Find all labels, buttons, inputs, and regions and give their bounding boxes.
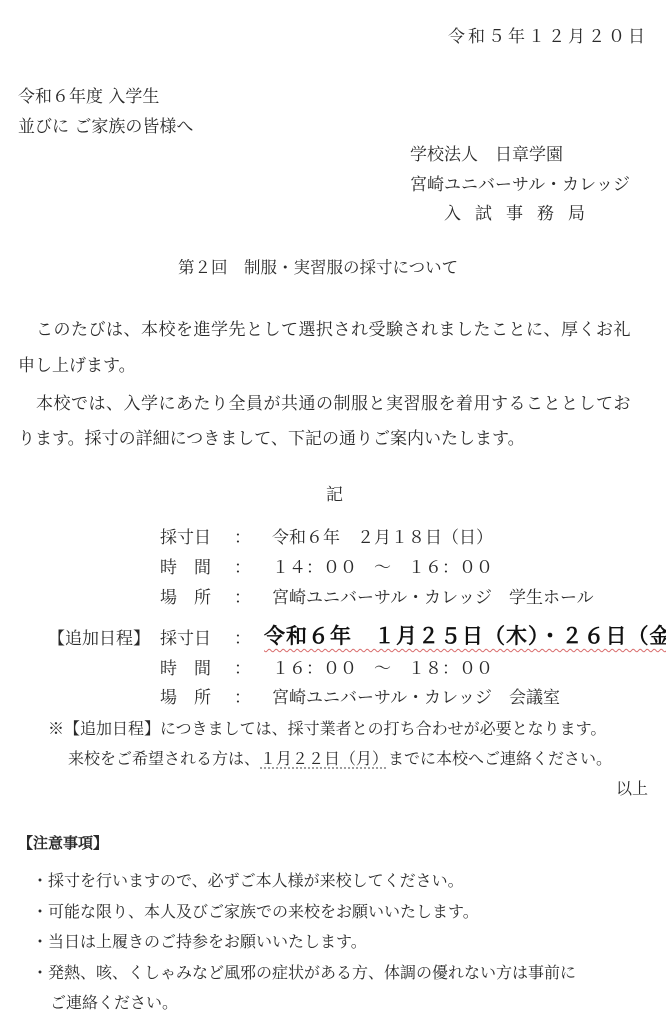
value-time: １６：００ ～ １８：００ [272,661,493,678]
ki-heading: 記 [326,487,343,504]
body-paragraph-1-line-1: このたびは、本校を進学先として選択され受験されましたことに、厚くお礼 [36,322,652,339]
body-paragraph-2-line-2: ります。採寸の詳細につきまして、下記の通りご案内いたします。 [18,431,652,448]
note-line-2: 来校をご希望される方は、１月２２日（月）までに本校へご連絡ください。 [68,751,612,767]
colon: ： [234,690,251,707]
recipient-line-1: 令和６年度 入学生 [18,89,159,106]
colon: ： [234,631,251,648]
value-place: 宮崎ユニバーサル・カレッジ 学生ホール [272,590,594,607]
recipient-line-2: 並びに ご家族の皆様へ [18,119,193,136]
colon: ： [234,530,251,547]
label-place: 場 所 [160,588,211,608]
colon: ： [234,661,251,678]
caution-item: ・採寸を行いますので、必ずご本人様が来校してください。 [32,873,464,889]
note-line-1: ※【追加日程】につきましては、採寸業者との打ち合わせが必要となります。 [48,721,606,737]
issue-date: 令和５年１２月２０日 [448,29,648,46]
value-time: １４：００ ～ １６：００ [272,560,493,577]
additional-row-date: 採寸日 ： [160,631,211,648]
label-place: 場 所 [160,688,211,708]
sender-office: 入試事務局 [444,206,599,223]
caution-item: ・発熱、咳、くしゃみなど風邪の症状がある方、体調の優れない方は事前に [32,965,576,981]
value-date: 令和６年 ２月１８日（日） [272,530,493,547]
label-time: 時 間 [160,659,211,679]
label-date: 採寸日 [160,528,211,548]
body-paragraph-2-line-1: 本校では、入学にあたり全員が共通の制服と実習服を着用することとしてお [36,396,652,413]
body-paragraph-1-line-2: 申し上げます。 [18,358,652,375]
additional-schedule-tag: 【追加日程】 [48,631,150,648]
schedule-row-date: 採寸日 ： 令和６年 ２月１８日（日） [160,530,211,547]
document-title: 第２回 制服・実習服の採寸について [178,260,458,277]
value-place: 宮崎ユニバーサル・カレッジ 会議室 [272,690,560,707]
schedule-row-time: 時 間 ： １４：００ ～ １６：００ [160,560,211,577]
additional-row-time: 時 間 ： １６：００ ～ １８：００ [160,661,211,678]
caution-item: ・可能な限り、本人及びご家族での来校をお願いいたします。 [32,904,479,920]
note-line-2-pre: 来校をご希望される方は、 [68,749,260,768]
cautions-heading: 【注意事項】 [18,836,108,851]
additional-row-place: 場 所 ： 宮崎ユニバーサル・カレッジ 会議室 [160,690,211,707]
sender-school: 宮崎ユニバーサル・カレッジ [410,177,630,194]
label-date: 採寸日 [160,629,211,649]
deadline-date: １月２２日（月） [260,749,388,768]
schedule-row-place: 場 所 ： 宮崎ユニバーサル・カレッジ 学生ホール [160,590,211,607]
caution-item-continued: ご連絡ください。 [50,995,178,1011]
note-line-2-post: までに本校へご連絡ください。 [388,749,612,768]
colon: ： [234,560,251,577]
caution-item: ・当日は上履きのご持参をお願いいたします。 [32,934,367,950]
sender-organization: 学校法人 日章学園 [410,147,563,164]
label-time: 時 間 [160,558,211,578]
closing-ijo: 以上 [616,781,648,797]
additional-date-value: 令和６年 １月２５日（木）・２６日（金） [264,625,666,646]
colon: ： [234,590,251,607]
